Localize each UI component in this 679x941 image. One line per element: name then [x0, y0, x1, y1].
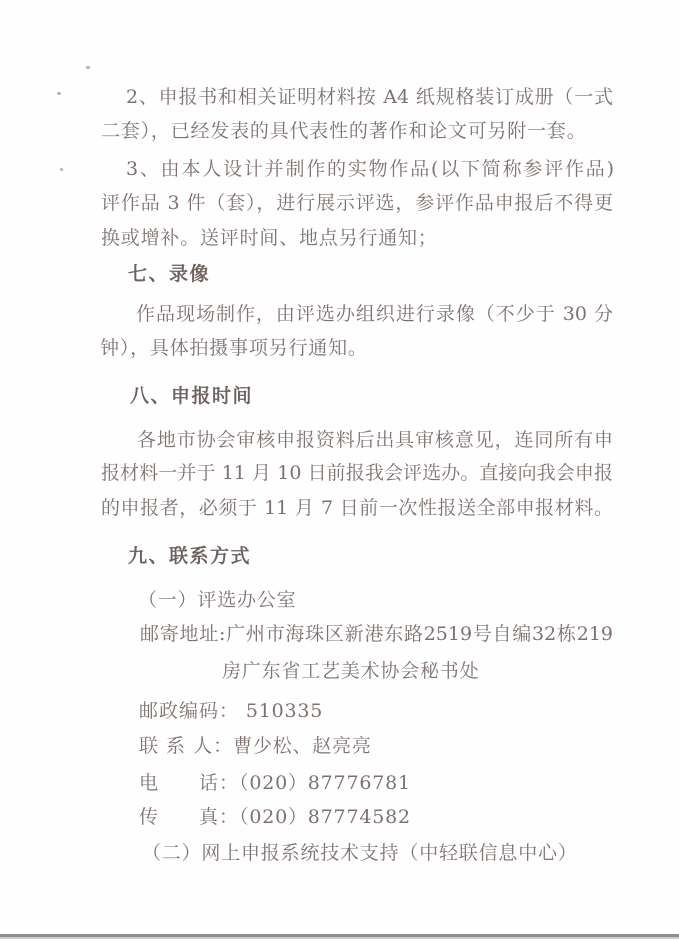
fax-number: （020）87774582 [239, 806, 411, 828]
item2-line2: 二套），已经发表的具代表性的著作和论文可另附一套。 [101, 118, 587, 145]
section-deadline-heading: 八、申报时间 [130, 383, 253, 410]
mail-address-label: 邮寄地址: [140, 623, 225, 645]
item3-line3: 换或增补。送评时间、地点另行通知； [101, 225, 438, 252]
scanner-page-edge-shadow [0, 937, 679, 939]
postal-code-label: 邮政编码： [139, 700, 239, 722]
contact-fax-line: 传 真：（020）87774582 [139, 804, 411, 831]
contact-phone-line: 电 话：（020）87776781 [139, 770, 411, 797]
fax-label: 传 真： [139, 806, 239, 828]
section-video-heading: 七、录像 [128, 261, 210, 288]
contact-office-label: （一）评选办公室 [138, 587, 296, 614]
contact-mail-address-line2: 房广东省工艺美术协会秘书处 [222, 658, 479, 685]
item3-line1: 3、由本人设计并制作的实物作品(以下简称参评作品) [126, 156, 614, 183]
postal-code-value: 510335 [246, 700, 323, 722]
item2-line1: 2、申报书和相关证明材料按 A4 纸规格装订成册（一式 [126, 84, 613, 111]
section-deadline-line3: 的申报者，必须于 11 月 7 日前一次性报送全部申报材料。 [101, 495, 613, 522]
scanned-document-page: 2、申报书和相关证明材料按 A4 纸规格装订成册（一式 二套），已经发表的具代表… [0, 0, 679, 941]
section-contact-heading: 九、联系方式 [128, 543, 251, 570]
phone-number: （020）87776781 [239, 772, 411, 794]
contact-person-line: 联 系 人：曹少松、赵亮亮 [139, 733, 372, 760]
section-video-line1: 作品现场制作，由评选办组织进行录像（不少于 30 分 [136, 301, 613, 328]
phone-label: 电 话： [139, 772, 239, 794]
scan-speck [60, 168, 63, 171]
contact-support-label: （二）网上申报系统技术支持（中轻联信息中心） [142, 840, 578, 867]
mail-address-value: 广州市海珠区新港东路2519号自编32栋219 [225, 623, 613, 645]
section-deadline-line2: 报材料一并于 11 月 10 日前报我会评选办。直接向我会申报 [101, 460, 613, 487]
scan-speck [86, 66, 90, 69]
item3-line2: 评作品 3 件（套），进行展示评选，参评作品申报后不得更 [101, 190, 613, 217]
section-deadline-line1: 各地市协会审核申报资料后出具审核意见，连同所有申 [137, 427, 613, 454]
scan-speck [57, 92, 61, 95]
section-video-line2: 钟），具体拍摄事项另行通知。 [100, 335, 368, 362]
contact-person-names: 曹少松、赵亮亮 [233, 735, 372, 757]
contact-person-label: 联 系 人： [139, 735, 233, 757]
contact-mail-address-line: 邮寄地址:广州市海珠区新港东路2519号自编32栋219 [140, 621, 613, 648]
contact-postal-line: 邮政编码： 510335 [139, 698, 323, 725]
